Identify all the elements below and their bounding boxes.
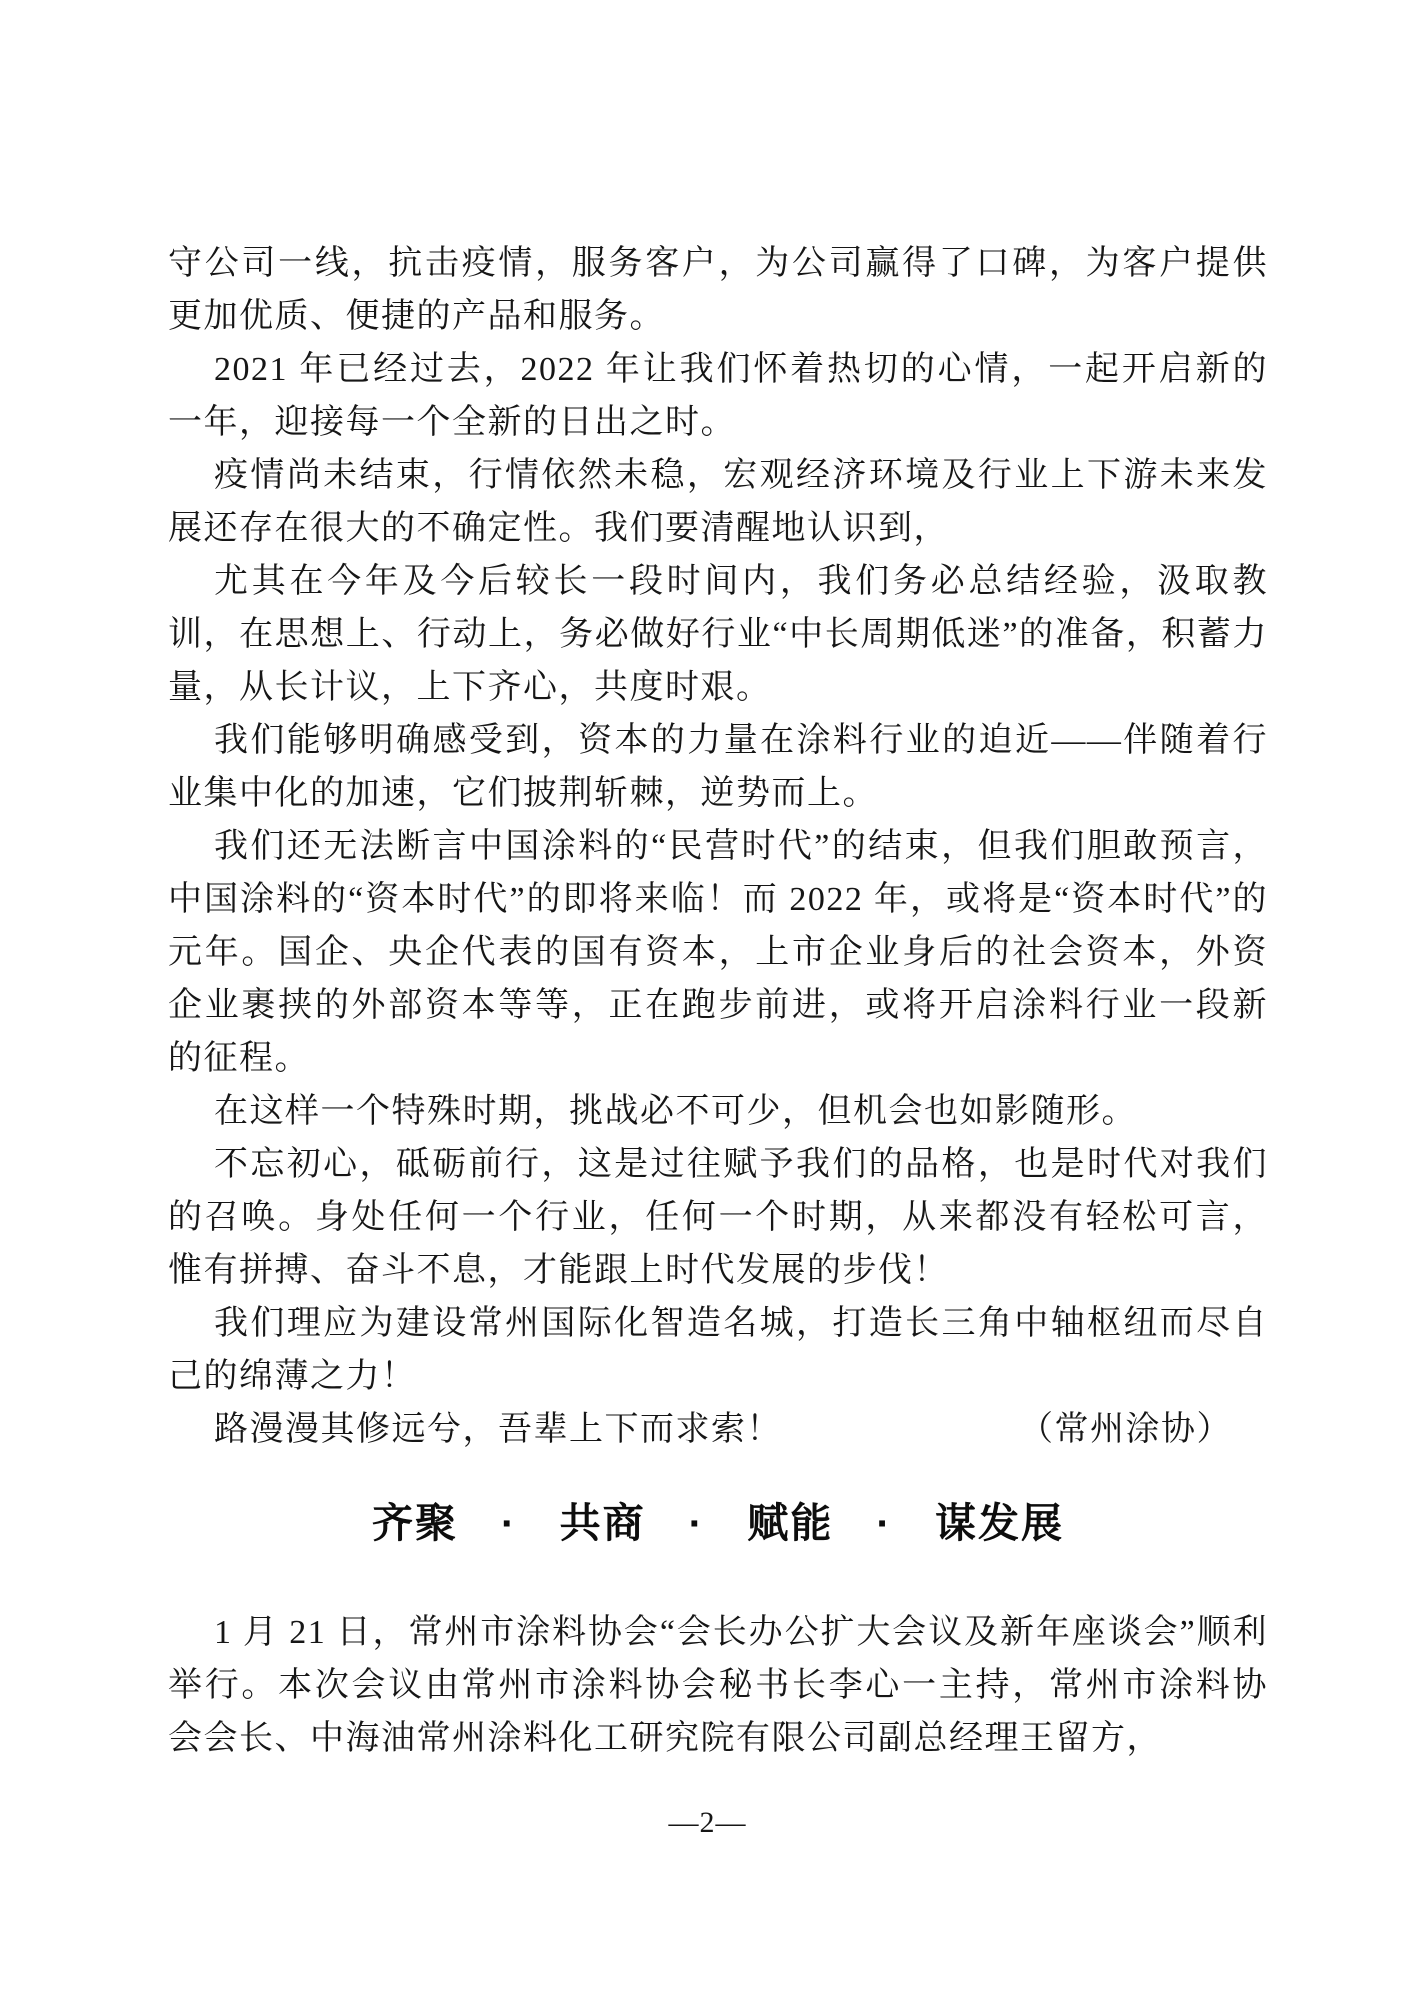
body-paragraph: 尤其在今年及今后较长一段时间内，我们务必总结经验，汲取教训，在思想上、行动上，务…	[168, 555, 1268, 714]
page-number: —2—	[0, 1805, 1415, 1841]
section-heading: 齐聚 · 共商 · 赋能 · 谋发展	[168, 1496, 1268, 1551]
document-page: 守公司一线，抗击疫情，服务客户，为公司赢得了口碑，为客户提供更加优质、便捷的产品…	[0, 0, 1415, 2000]
body-paragraph: 我们还无法断言中国涂料的“民营时代”的结束，但我们胆敢预言，中国涂料的“资本时代…	[168, 820, 1268, 1085]
body-paragraph: 我们理应为建设常州国际化智造名城，打造长三角中轴枢纽而尽自己的绵薄之力！	[168, 1297, 1268, 1403]
body-paragraph: 守公司一线，抗击疫情，服务客户，为公司赢得了口碑，为客户提供更加优质、便捷的产品…	[168, 237, 1268, 343]
closing-line: 路漫漫其修远兮，吾辈上下而求索！ （常州涂协）	[168, 1403, 1268, 1456]
body-paragraph: 不忘初心，砥砺前行，这是过往赋予我们的品格，也是时代对我们的召唤。身处任何一个行…	[168, 1138, 1268, 1297]
closing-text: 路漫漫其修远兮，吾辈上下而求索！	[214, 1403, 782, 1456]
page-content: 守公司一线，抗击疫情，服务客户，为公司赢得了口碑，为客户提供更加优质、便捷的产品…	[168, 237, 1268, 1765]
body-paragraph: 疫情尚未结束，行情依然未稳，宏观经济环境及行业上下游未来发展还存在很大的不确定性…	[168, 449, 1268, 555]
body-paragraph: 我们能够明确感受到，资本的力量在涂料行业的迫近——伴随着行业集中化的加速，它们披…	[168, 714, 1268, 820]
body-paragraph: 2021 年已经过去，2022 年让我们怀着热切的心情，一起开启新的一年，迎接每…	[168, 343, 1268, 449]
body-paragraph: 在这样一个特殊时期，挑战必不可少，但机会也如影随形。	[168, 1085, 1268, 1138]
body-paragraph: 1 月 21 日，常州市涂料协会“会长办公扩大会议及新年座谈会”顺利举行。本次会…	[168, 1606, 1268, 1765]
attribution: （常州涂协）	[1019, 1403, 1232, 1456]
